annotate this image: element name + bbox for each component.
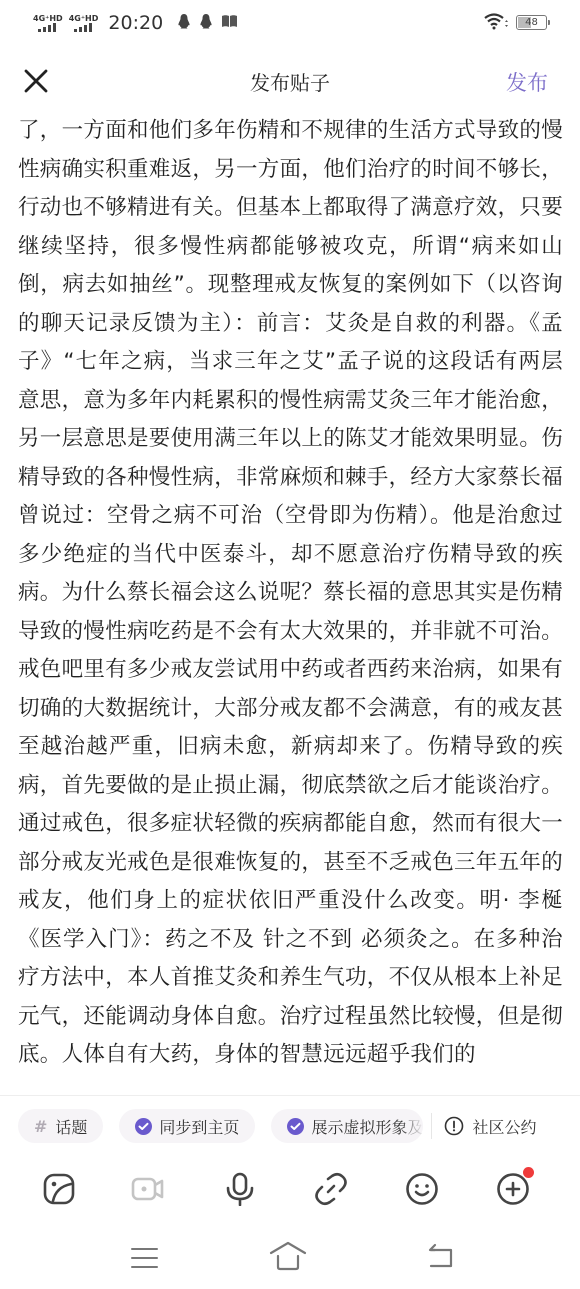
show-avatar-toggle[interactable]: 展示虚拟形象及状态 <box>271 1109 423 1143</box>
back-icon <box>424 1242 456 1270</box>
image-icon <box>42 1172 76 1206</box>
hashtag-icon: # <box>34 1117 47 1136</box>
network-type-2: 4G⁺HD <box>69 14 99 23</box>
more-options-button[interactable] <box>496 1172 530 1206</box>
insert-emoji-button[interactable] <box>405 1172 439 1206</box>
header: 发布贴子 发布 <box>0 55 580 107</box>
topic-label: 话题 <box>55 1115 87 1138</box>
qq-penguin-icon <box>199 13 213 33</box>
insert-video-button[interactable] <box>130 1172 166 1206</box>
voice-input-button[interactable] <box>223 1172 257 1206</box>
insert-image-button[interactable] <box>42 1172 76 1206</box>
community-rules-link[interactable]: 社区公约 <box>444 1115 536 1138</box>
status-bar: 4G⁺HD 4G⁺HD 20:20 48 <box>0 0 580 45</box>
menu-button[interactable] <box>130 1246 160 1274</box>
home-icon <box>268 1240 308 1272</box>
community-rules-label: 社区公约 <box>472 1115 536 1138</box>
topic-chip[interactable]: # 话题 <box>18 1109 103 1143</box>
divider <box>0 1095 580 1096</box>
sync-homepage-toggle[interactable]: 同步到主页 <box>119 1109 255 1143</box>
signal-bars-icon <box>38 24 56 32</box>
publish-button[interactable]: 发布 <box>506 67 548 97</box>
battery-level: 48 <box>525 17 538 28</box>
check-circle-icon <box>135 1118 152 1135</box>
close-button[interactable] <box>22 67 50 95</box>
emoji-icon <box>405 1172 439 1206</box>
page-title: 发布贴子 <box>0 67 580 96</box>
show-avatar-label: 展示虚拟形象及状态 <box>311 1115 423 1138</box>
qq-penguin-icon <box>177 13 191 33</box>
back-button[interactable] <box>424 1242 456 1274</box>
battery-indicator: 48 <box>516 15 547 30</box>
signal-2: 4G⁺HD <box>69 14 99 32</box>
home-button[interactable] <box>268 1240 308 1276</box>
system-nav-bar <box>0 1232 580 1289</box>
notification-dot <box>523 1167 534 1178</box>
signal-bars-icon <box>74 24 92 32</box>
video-icon <box>130 1172 166 1206</box>
check-circle-icon <box>287 1118 304 1135</box>
link-icon <box>314 1172 348 1206</box>
clock: 20:20 <box>108 12 163 34</box>
network-type-1: 4G⁺HD <box>33 14 63 23</box>
book-icon <box>221 14 238 32</box>
sync-homepage-label: 同步到主页 <box>159 1115 239 1138</box>
separator <box>431 1113 432 1139</box>
insert-link-button[interactable] <box>314 1172 348 1206</box>
microphone-icon <box>223 1172 257 1206</box>
menu-icon <box>130 1246 160 1270</box>
close-icon <box>22 67 50 95</box>
signal-1: 4G⁺HD <box>33 14 63 32</box>
editor-toolbar <box>0 1164 580 1214</box>
post-body-editor[interactable]: 了，一方面和他们多年伤精和不规律的生活方式导致的慢性病确实积重难返，另一方面，他… <box>18 112 563 1092</box>
post-options-row: # 话题 同步到主页 展示虚拟形象及状态 社区公约 <box>18 1109 580 1143</box>
wifi-icon <box>484 12 508 34</box>
info-alert-icon <box>444 1116 464 1136</box>
